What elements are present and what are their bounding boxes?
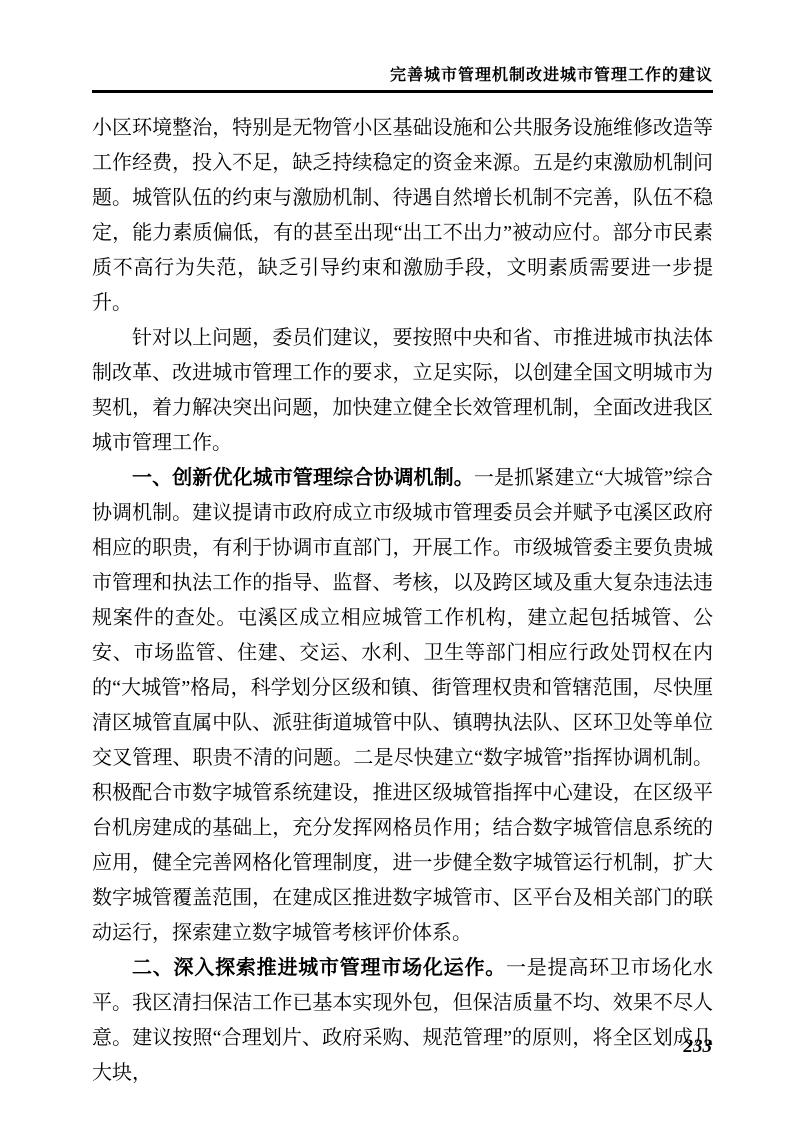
page-header: 完善城市管理机制改进城市管理工作的建议 [92, 66, 713, 93]
paragraph-4: 二、深入探索推进城市管理市场化运作。一是提高环卫市场化水平。我区清扫保洁工作已基… [92, 951, 713, 1091]
paragraph-text-segment: 针对以上问题，委员们建议，要按照中央和省、市推进城市执法体制改革、改进城市管理工… [92, 327, 713, 454]
paragraph-1: 小区环境整治，特别是无物管小区基础设施和公共服务设施维修改造等工作经费，投入不足… [92, 111, 713, 321]
paragraph-text-segment: 小区环境整治，特别是无物管小区基础设施和公共服务设施维修改造等工作经费，投入不足… [92, 117, 713, 314]
paragraph-heading-segment: 一、创新优化城市管理综合协调机制。 [132, 467, 474, 489]
paragraph-text-segment: 一是抓紧建立“大城管”综合协调机制。建议提请市政府成立市级城市管理委员会并赋予屯… [92, 467, 713, 944]
paragraph-heading-segment: 二、深入探索推进城市管理市场化运作。 [132, 957, 506, 979]
paragraph-3: 一、创新优化城市管理综合协调机制。一是抓紧建立“大城管”综合协调机制。建议提请市… [92, 461, 713, 951]
page-number: 233 [684, 1036, 713, 1058]
paragraph-2: 针对以上问题，委员们建议，要按照中央和省、市推进城市执法体制改革、改进城市管理工… [92, 321, 713, 461]
content-column: 完善城市管理机制改进城市管理工作的建议 小区环境整治，特别是无物管小区基础设施和… [92, 0, 713, 1091]
document-page: 完善城市管理机制改进城市管理工作的建议 小区环境整治，特别是无物管小区基础设施和… [0, 0, 803, 1133]
header-rule [92, 90, 713, 93]
header-title: 完善城市管理机制改进城市管理工作的建议 [92, 66, 713, 86]
document-body: 小区环境整治，特别是无物管小区基础设施和公共服务设施维修改造等工作经费，投入不足… [92, 111, 713, 1091]
